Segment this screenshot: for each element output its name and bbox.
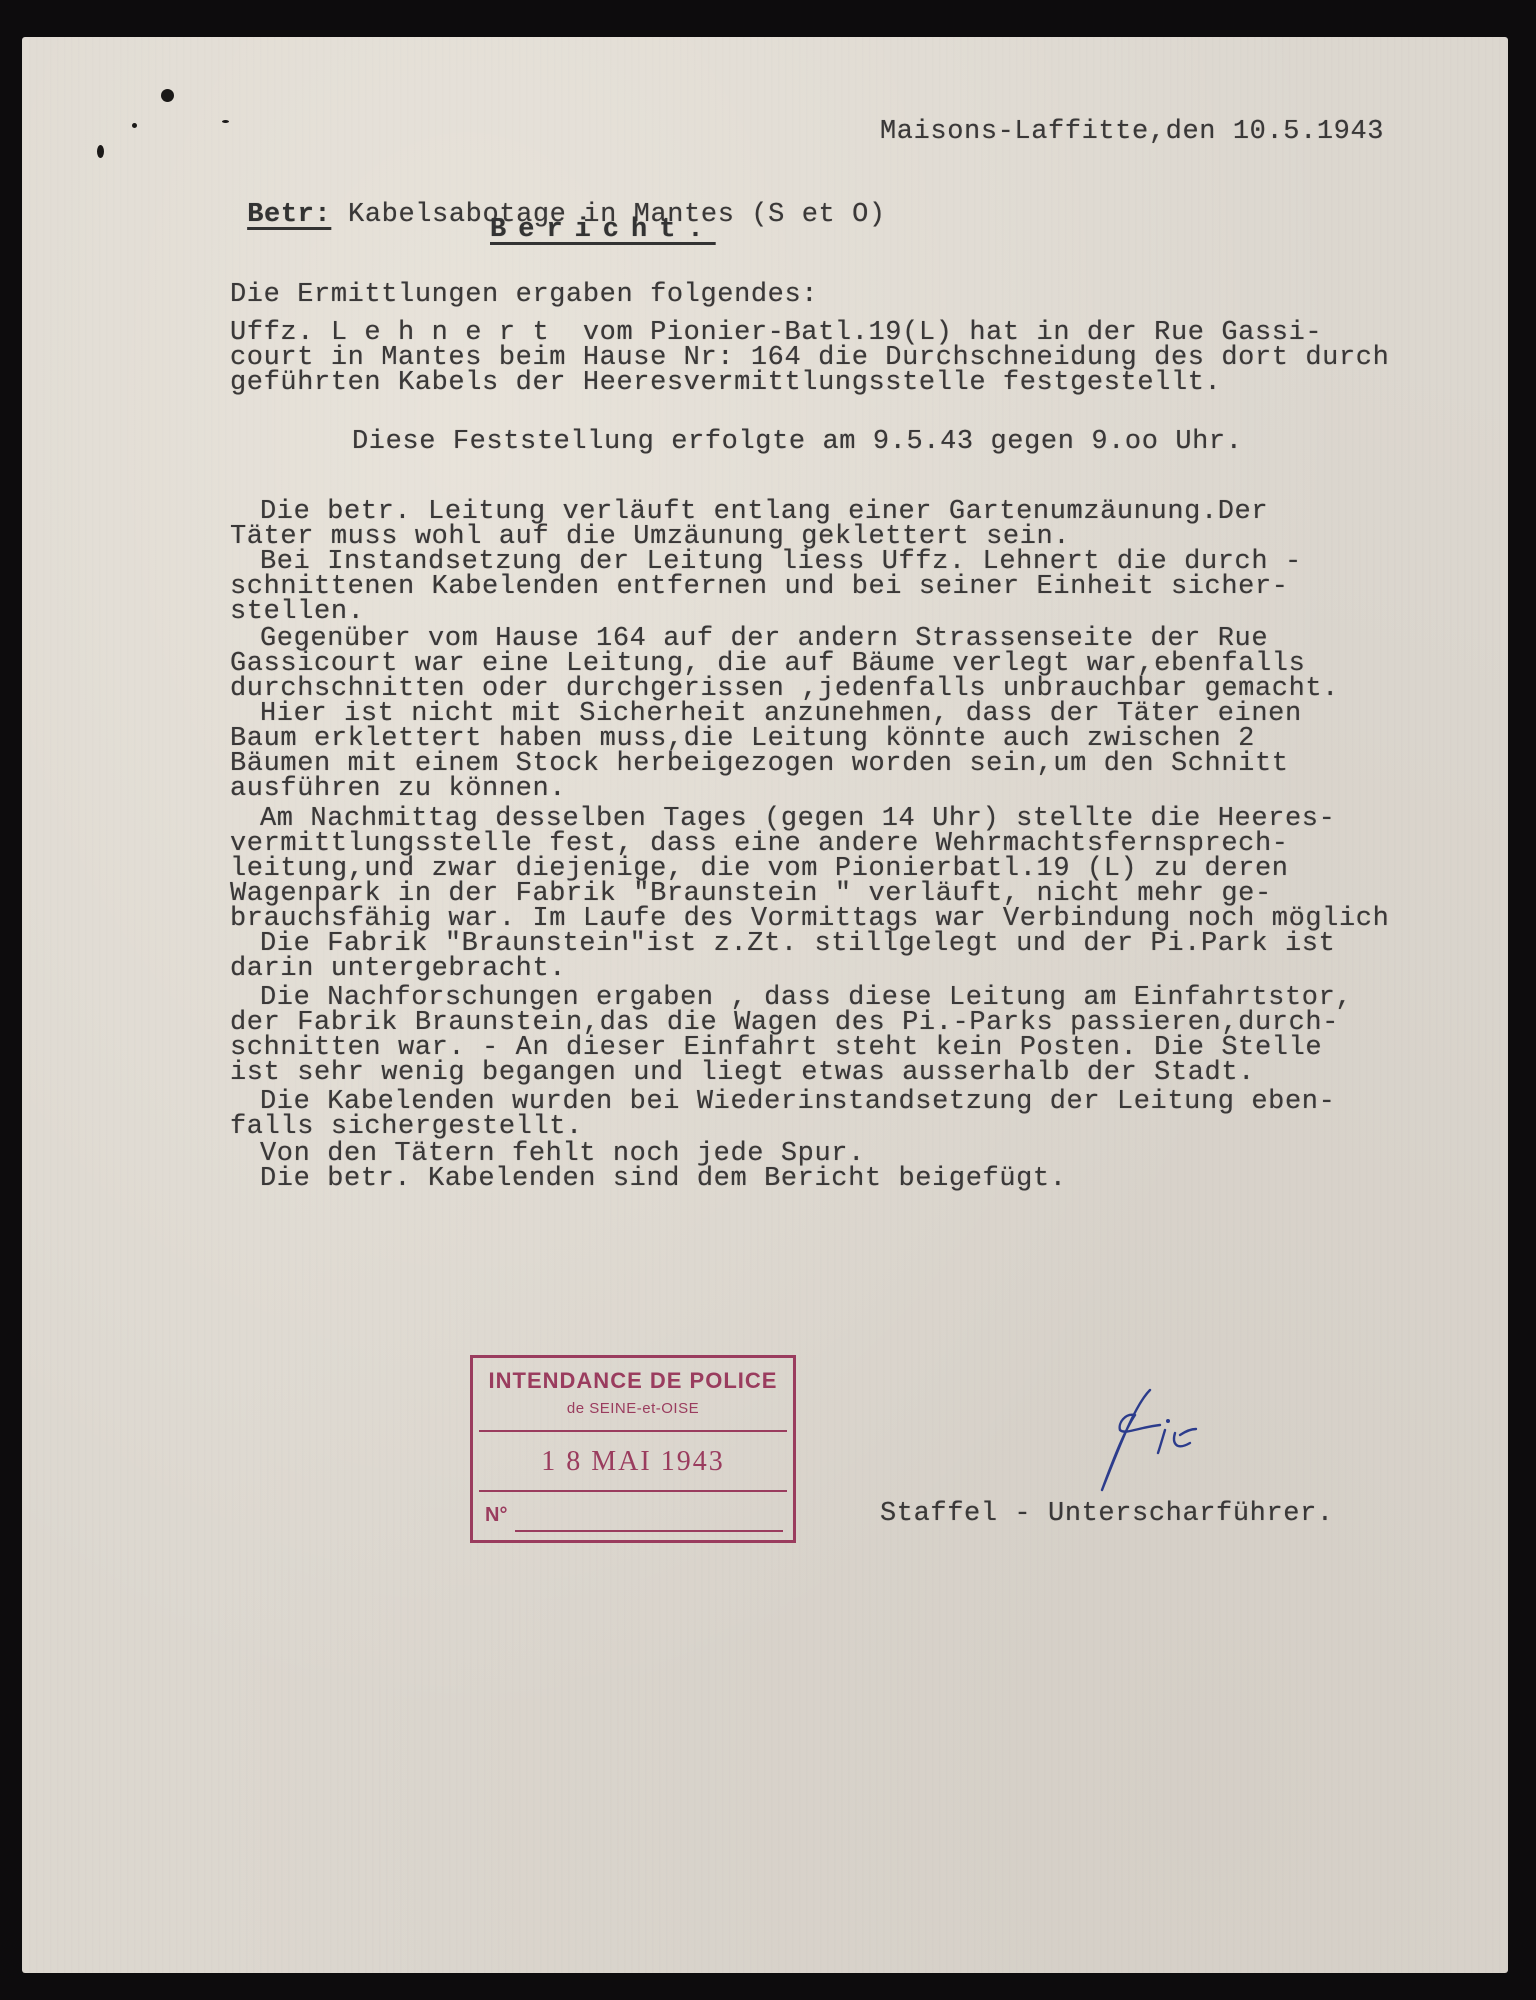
stamp-department: de SEINE-et-OISE [473,1400,793,1417]
stamp-date: 1 8 MAI 1943 [473,1446,793,1478]
finding-time: Diese Feststellung erfolgte am 9.5.43 ge… [352,427,1243,457]
stamp-divider [479,1490,787,1492]
police-received-stamp: INTENDANCE DE POLICE de SEINE-et-OISE 1 … [470,1355,796,1543]
body-line: schnittenen Kabelenden entfernen und bei… [230,572,1289,602]
place-date: Maisons-Laffitte,den 10.5.1943 [880,117,1384,147]
report-title: Bericht. [490,215,716,245]
paragraph-line: geführten Kabels der Heeresvermittlungss… [230,368,1221,398]
punch-hole-mark [97,145,104,158]
stamp-number-label: N° [485,1504,507,1527]
speck-mark [222,120,229,123]
stamp-divider [479,1430,787,1432]
signature-title: Staffel - Unterscharführer. [880,1499,1334,1529]
body-line: darin untergebracht. [230,954,566,984]
body-line: falls sichergestellt. [230,1112,583,1142]
body-line: ist sehr wenig begangen und liegt etwas … [230,1058,1255,1088]
speck-mark [132,123,137,128]
intro-line: Die Ermittlungen ergaben folgendes: [230,280,818,310]
handwritten-signature-icon [1080,1385,1230,1495]
punch-hole-mark [161,89,174,102]
body-line: stellen. [230,597,364,627]
body-line: ausführen zu können. [230,774,566,804]
document-page: Maisons-Laffitte,den 10.5.1943 Betr: Kab… [22,37,1508,1973]
body-line: Die betr. Kabelenden sind dem Bericht be… [260,1164,1067,1194]
stamp-number-field [515,1530,783,1532]
stamp-authority: INTENDANCE DE POLICE [473,1368,793,1394]
subject-label: Betr: [247,200,331,230]
